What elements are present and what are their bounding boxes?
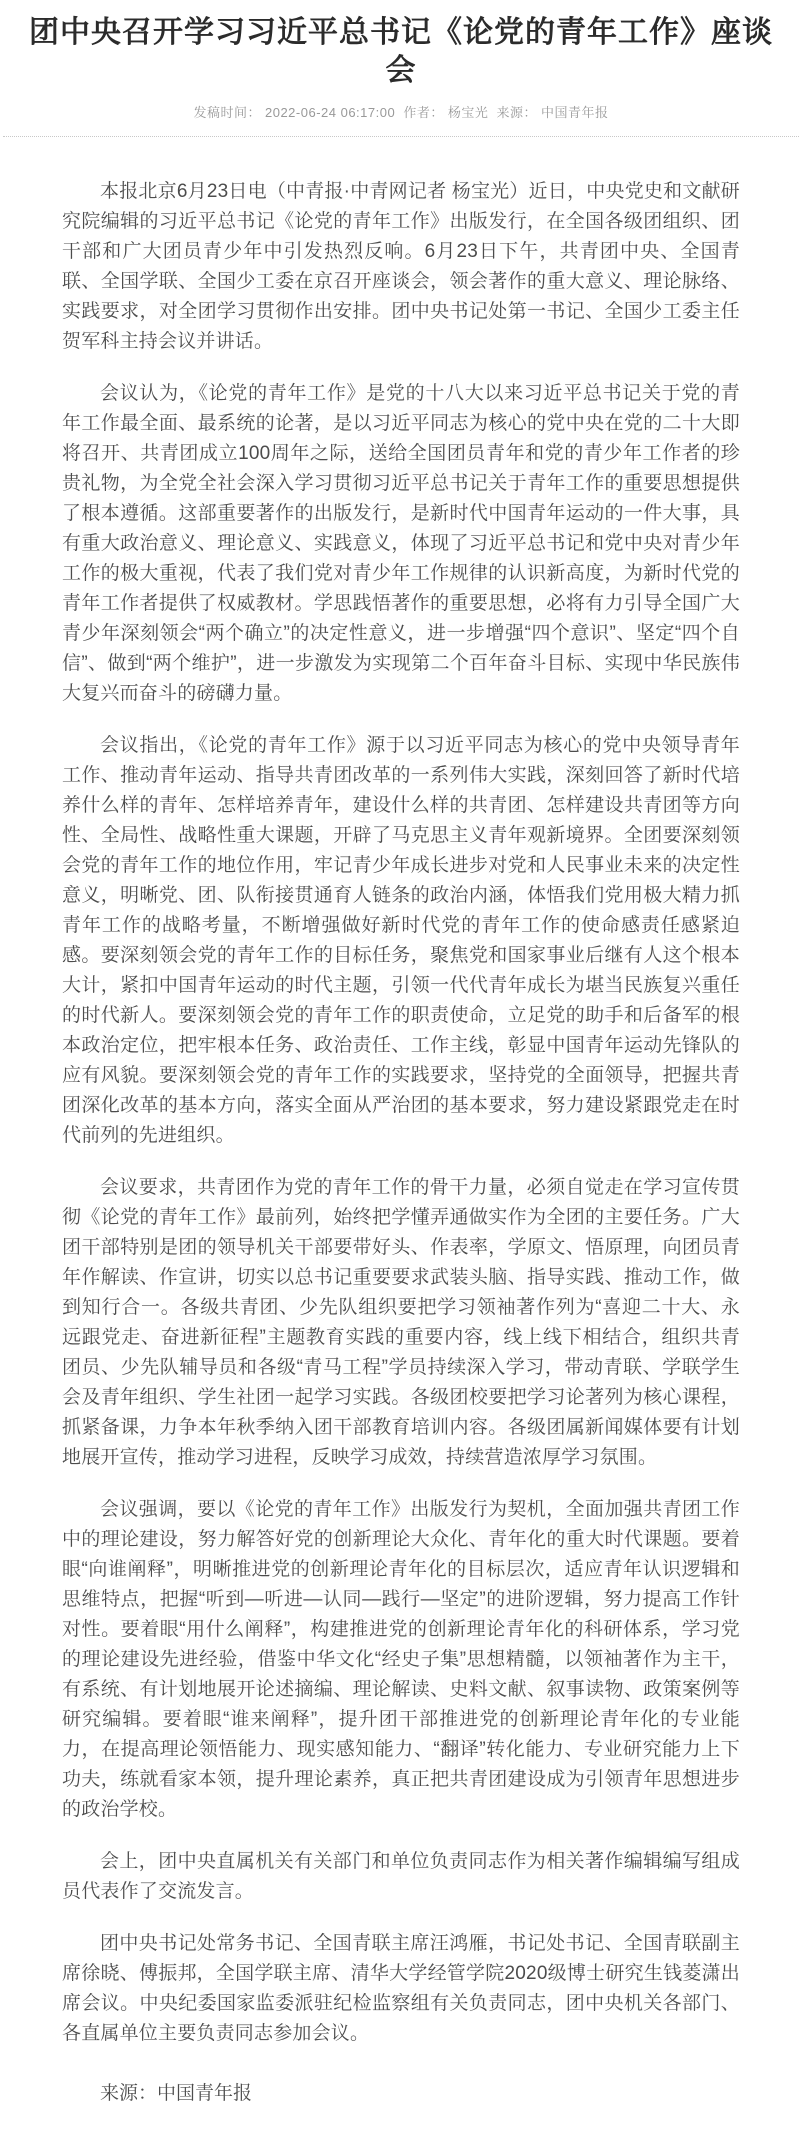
article-paragraph: 本报北京6月23日电（中青报·中青网记者 杨宝光）近日，中央党史和文献研究院编辑… — [62, 177, 740, 357]
article-paragraph: 会上，团中央直属机关有关部门和单位负责同志作为相关著作编辑编写组成员代表作了交流… — [62, 1847, 740, 1907]
author-value: 杨宝光 — [448, 105, 489, 120]
article-paragraph: 会议要求，共青团作为党的青年工作的骨干力量，必须自觉走在学习宣传贯彻《论党的青年… — [62, 1173, 740, 1473]
author-label: 作者： — [403, 105, 444, 120]
publish-time-label: 发稿时间： — [193, 105, 261, 120]
article-paragraph: 会议指出，《论党的青年工作》源于以习近平同志为核心的党中央领导青年工作、推动青年… — [62, 731, 740, 1151]
source-value: 中国青年报 — [541, 105, 609, 120]
article-meta: 发稿时间：2022-06-24 06:17:00 作者：杨宝光 来源：中国青年报 — [0, 102, 802, 121]
article-footer-source: 来源：中国青年报 — [0, 2071, 802, 2139]
page-title: 团中央召开学习习近平总书记《论党的青年工作》座谈会 — [0, 0, 802, 89]
source-label: 来源： — [496, 105, 537, 120]
article-paragraph: 团中央书记处常务书记、全国青联主席汪鸿雁，书记处书记、全国青联副主席徐晓、傅振邦… — [62, 1929, 740, 2049]
footer-source-label: 来源： — [100, 2083, 157, 2104]
article-body: 本报北京6月23日电（中青报·中青网记者 杨宝光）近日，中央党史和文献研究院编辑… — [0, 137, 802, 2049]
article-paragraph: 会议认为，《论党的青年工作》是党的十八大以来习近平总书记关于党的青年工作最全面、… — [62, 379, 740, 709]
footer-source-value: 中国青年报 — [157, 2083, 252, 2104]
article-page: 团中央召开学习习近平总书记《论党的青年工作》座谈会 发稿时间：2022-06-2… — [0, 0, 802, 2139]
article-paragraph: 会议强调，要以《论党的青年工作》出版发行为契机，全面加强共青团工作中的理论建设，… — [62, 1495, 740, 1825]
publish-time-value: 2022-06-24 06:17:00 — [265, 105, 395, 120]
